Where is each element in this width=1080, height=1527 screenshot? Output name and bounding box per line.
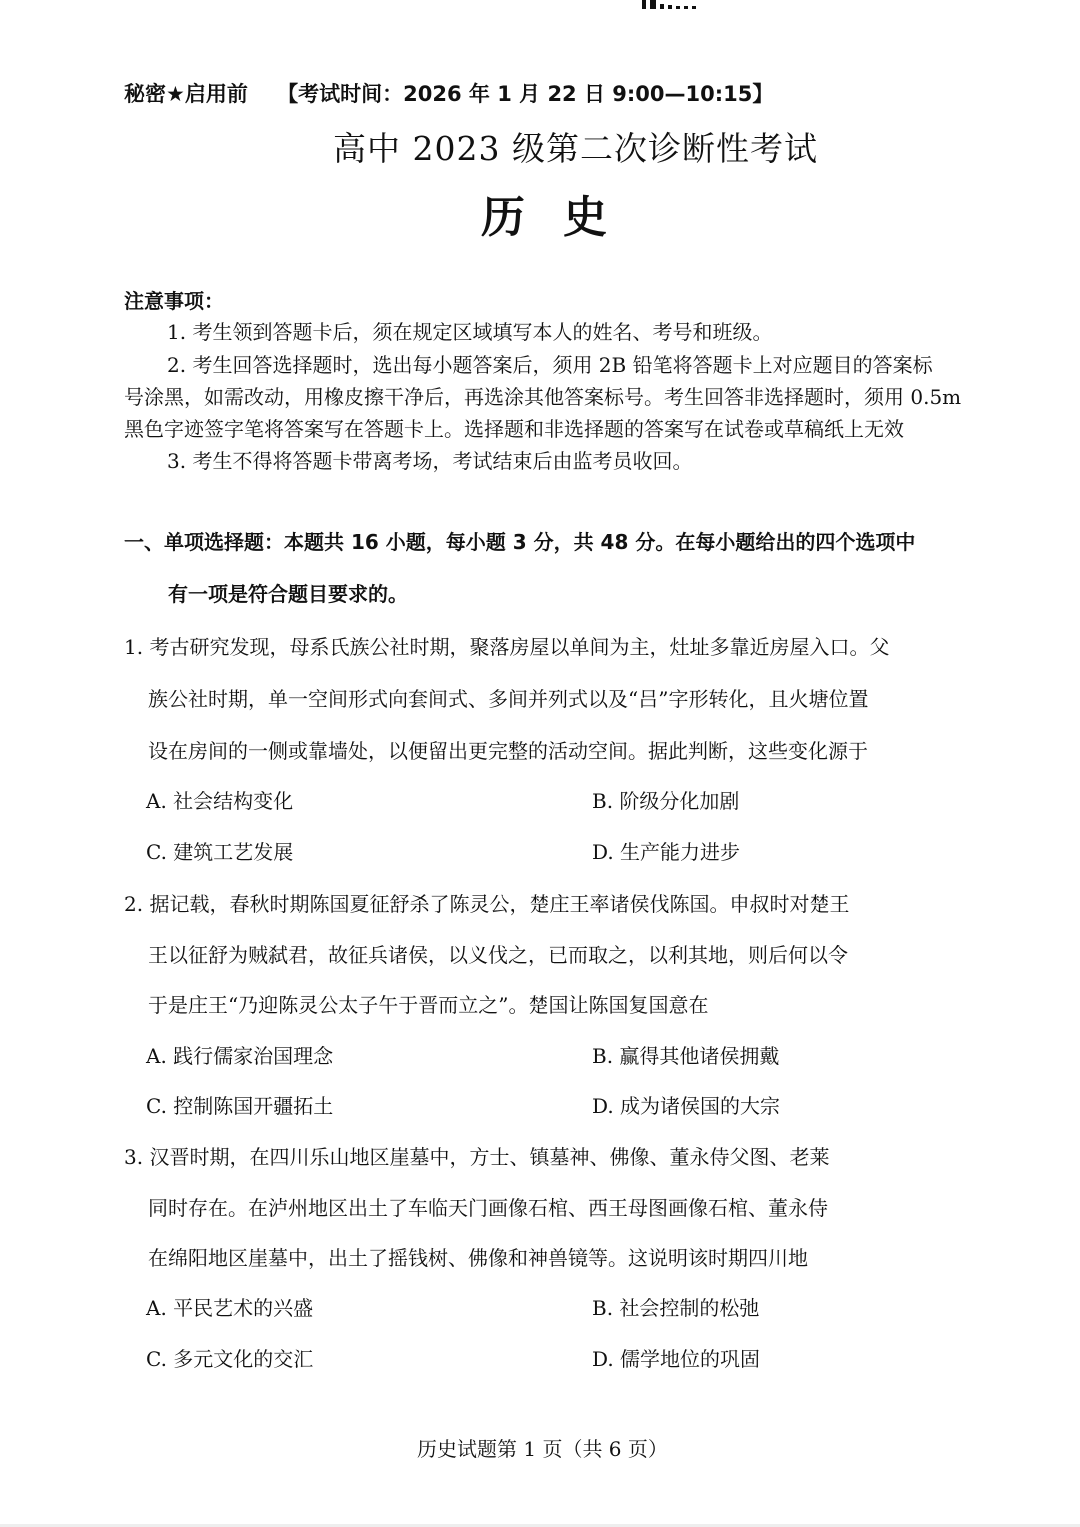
- question-1-option-b[interactable]: B. 阶级分化加剧: [592, 785, 739, 814]
- notice-item-1: 1. 考生领到答题卡后，须在规定区域填写本人的姓名、考号和班级。: [167, 316, 772, 345]
- question-1-line-3: 设在房间的一侧或靠墙处，以便留出更完整的活动空间。据此判断，这些变化源于: [148, 735, 868, 764]
- question-2-line-3: 于是庄王“乃迎陈灵公太子午于晋而立之”。楚国让陈国复国意在: [148, 989, 708, 1018]
- question-3-option-a[interactable]: A. 平民艺术的兴盛: [146, 1292, 313, 1321]
- question-1-option-c[interactable]: C. 建筑工艺发展: [146, 836, 293, 865]
- confidential-label: 秘密★启用前: [124, 82, 248, 106]
- question-2-option-a[interactable]: A. 践行儒家治国理念: [146, 1040, 333, 1069]
- question-1-line-2: 族公社时期，单一空间形式向套间式、多间并列式以及“吕”字形转化，且火塘位置: [148, 683, 868, 712]
- subject-title: 历史: [481, 181, 645, 245]
- notice-heading: 注意事项：: [124, 285, 224, 314]
- question-3-line-1: 3. 汉晋时期，在四川乐山地区崖墓中，方士、镇墓神、佛像、董永侍父图、老莱: [124, 1141, 829, 1170]
- question-2-option-b[interactable]: B. 赢得其他诸侯拥戴: [592, 1040, 779, 1069]
- question-1-option-d[interactable]: D. 生产能力进步: [592, 836, 740, 865]
- notice-item-2-cont: 号涂黑，如需改动，用橡皮擦干净后，再选涂其他答案标号。考生回答非选择题时，须用 …: [124, 381, 961, 410]
- page-footer: 历史试题第 1 页（共 6 页）: [417, 1433, 668, 1462]
- question-1-option-a[interactable]: A. 社会结构变化: [146, 785, 293, 814]
- exam-header-line: 秘密★启用前 【考试时间：2026 年 1 月 22 日 9:00—10:15】: [124, 78, 773, 108]
- question-3-line-2: 同时存在。在泸州地区出土了车临天门画像石棺、西王母图画像石棺、董永侍: [148, 1192, 828, 1221]
- question-3-line-3: 在绵阳地区崖墓中，出土了摇钱树、佛像和神兽镜等。这说明该时期四川地: [148, 1242, 808, 1271]
- question-2-line-2: 王以征舒为贼弑君，故征兵诸侯，以义伐之，已而取之，以利其地，则后何以令: [148, 939, 848, 968]
- notice-item-2-cont: 黑色字迹签字笔将答案写在答题卡上。选择题和非选择题的答案写在试卷或草稿纸上无效: [124, 413, 904, 442]
- section-heading: 一、单项选择题：本题共 16 小题，每小题 3 分，共 48 分。在每小题给出的…: [124, 526, 915, 555]
- question-2-option-d[interactable]: D. 成为诸侯国的大宗: [592, 1090, 780, 1119]
- exam-title: 高中 2023 级第二次诊断性考试: [333, 123, 818, 170]
- section-heading-cont: 有一项是符合题目要求的。: [168, 578, 408, 607]
- question-1-line-1: 1. 考古研究发现，母系氏族公社时期，聚落房屋以单间为主，灶址多靠近房屋入口。父: [124, 631, 889, 660]
- notice-item-2: 2. 考生回答选择题时，选出每小题答案后，须用 2B 铅笔将答题卡上对应题目的答…: [167, 349, 933, 378]
- question-3-option-d[interactable]: D. 儒学地位的巩固: [592, 1343, 760, 1372]
- exam-time: 【考试时间：2026 年 1 月 22 日 9:00—10:15】: [277, 82, 773, 106]
- notice-item-3: 3. 考生不得将答题卡带离考场，考试结束后由监考员收回。: [167, 445, 692, 474]
- question-2-line-1: 2. 据记载，春秋时期陈国夏征舒杀了陈灵公，楚庄王率诸侯伐陈国。申叔时对楚王: [124, 888, 849, 917]
- question-3-option-b[interactable]: B. 社会控制的松弛: [592, 1292, 759, 1321]
- question-2-option-c[interactable]: C. 控制陈国开疆拓土: [146, 1090, 333, 1119]
- question-3-option-c[interactable]: C. 多元文化的交汇: [146, 1343, 313, 1372]
- barcode-fragment: [642, 0, 696, 9]
